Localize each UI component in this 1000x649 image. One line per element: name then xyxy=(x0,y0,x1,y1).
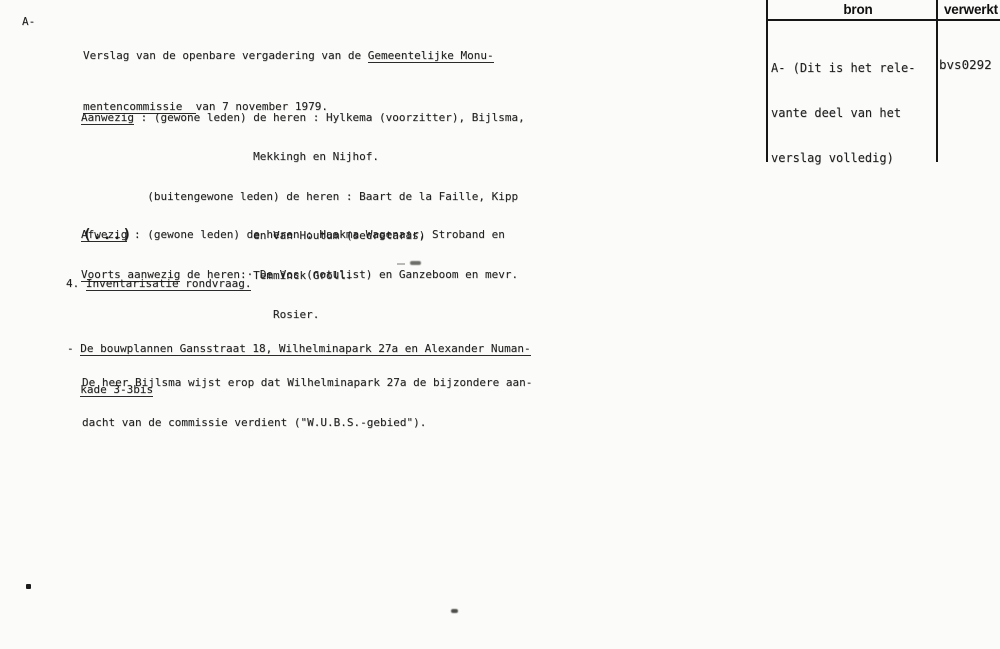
processing-stamp-table: bron verwerkt A- (Dit is het rele- vante… xyxy=(766,0,1000,170)
omission-ellipsis: (...) xyxy=(83,227,133,243)
column-header-bron: bron xyxy=(780,2,936,17)
verwerkt-cell-code: bvs0292 xyxy=(939,57,992,72)
present-line-1: Aanwezig : (gewone leden) de heren : Hyl… xyxy=(81,111,525,124)
agenda-item-body: De heer Bijlsma wijst erop dat Wilhelmin… xyxy=(82,350,532,456)
bron-cell-note: A- (Dit is het rele- vante deel van het … xyxy=(771,31,916,196)
section-heading: 4. Inventarisatie rondvraag. xyxy=(66,277,251,290)
scan-speck xyxy=(410,261,421,265)
absent-line-1: Afwezig : (gewone leden) de heren : Haak… xyxy=(81,228,505,242)
scan-speck xyxy=(397,263,405,265)
table-header-rule xyxy=(766,19,1000,21)
present-line-2: Mekkingh en Nijhof. xyxy=(81,150,525,163)
scan-speck xyxy=(26,584,31,589)
item-body-line-1: De heer Bijlsma wijst erop dat Wilhelmin… xyxy=(82,376,532,389)
section-number: 4. xyxy=(66,277,86,290)
scan-speck xyxy=(451,609,458,613)
present-label: Aanwezig xyxy=(81,111,134,125)
title-line-1: Verslag van de openbare vergadering van … xyxy=(83,47,494,64)
table-column-divider xyxy=(936,0,938,162)
absence-block: Afwezig : (gewone leden) de heren : Haak… xyxy=(81,201,505,309)
section-heading-text: Inventarisatie rondvraag. xyxy=(86,277,252,291)
underlined-text: Gemeentelijke Monu- xyxy=(368,49,494,63)
scanned-document-page: A- Verslag van de openbare vergadering v… xyxy=(0,0,1000,649)
item-dash: - xyxy=(67,342,80,355)
item-body-line-2: dacht van de commissie verdient ("W.U.B.… xyxy=(82,416,532,429)
margin-marker: A- xyxy=(22,15,35,28)
table-left-border xyxy=(766,0,768,162)
column-header-verwerkt: verwerkt xyxy=(944,2,998,17)
